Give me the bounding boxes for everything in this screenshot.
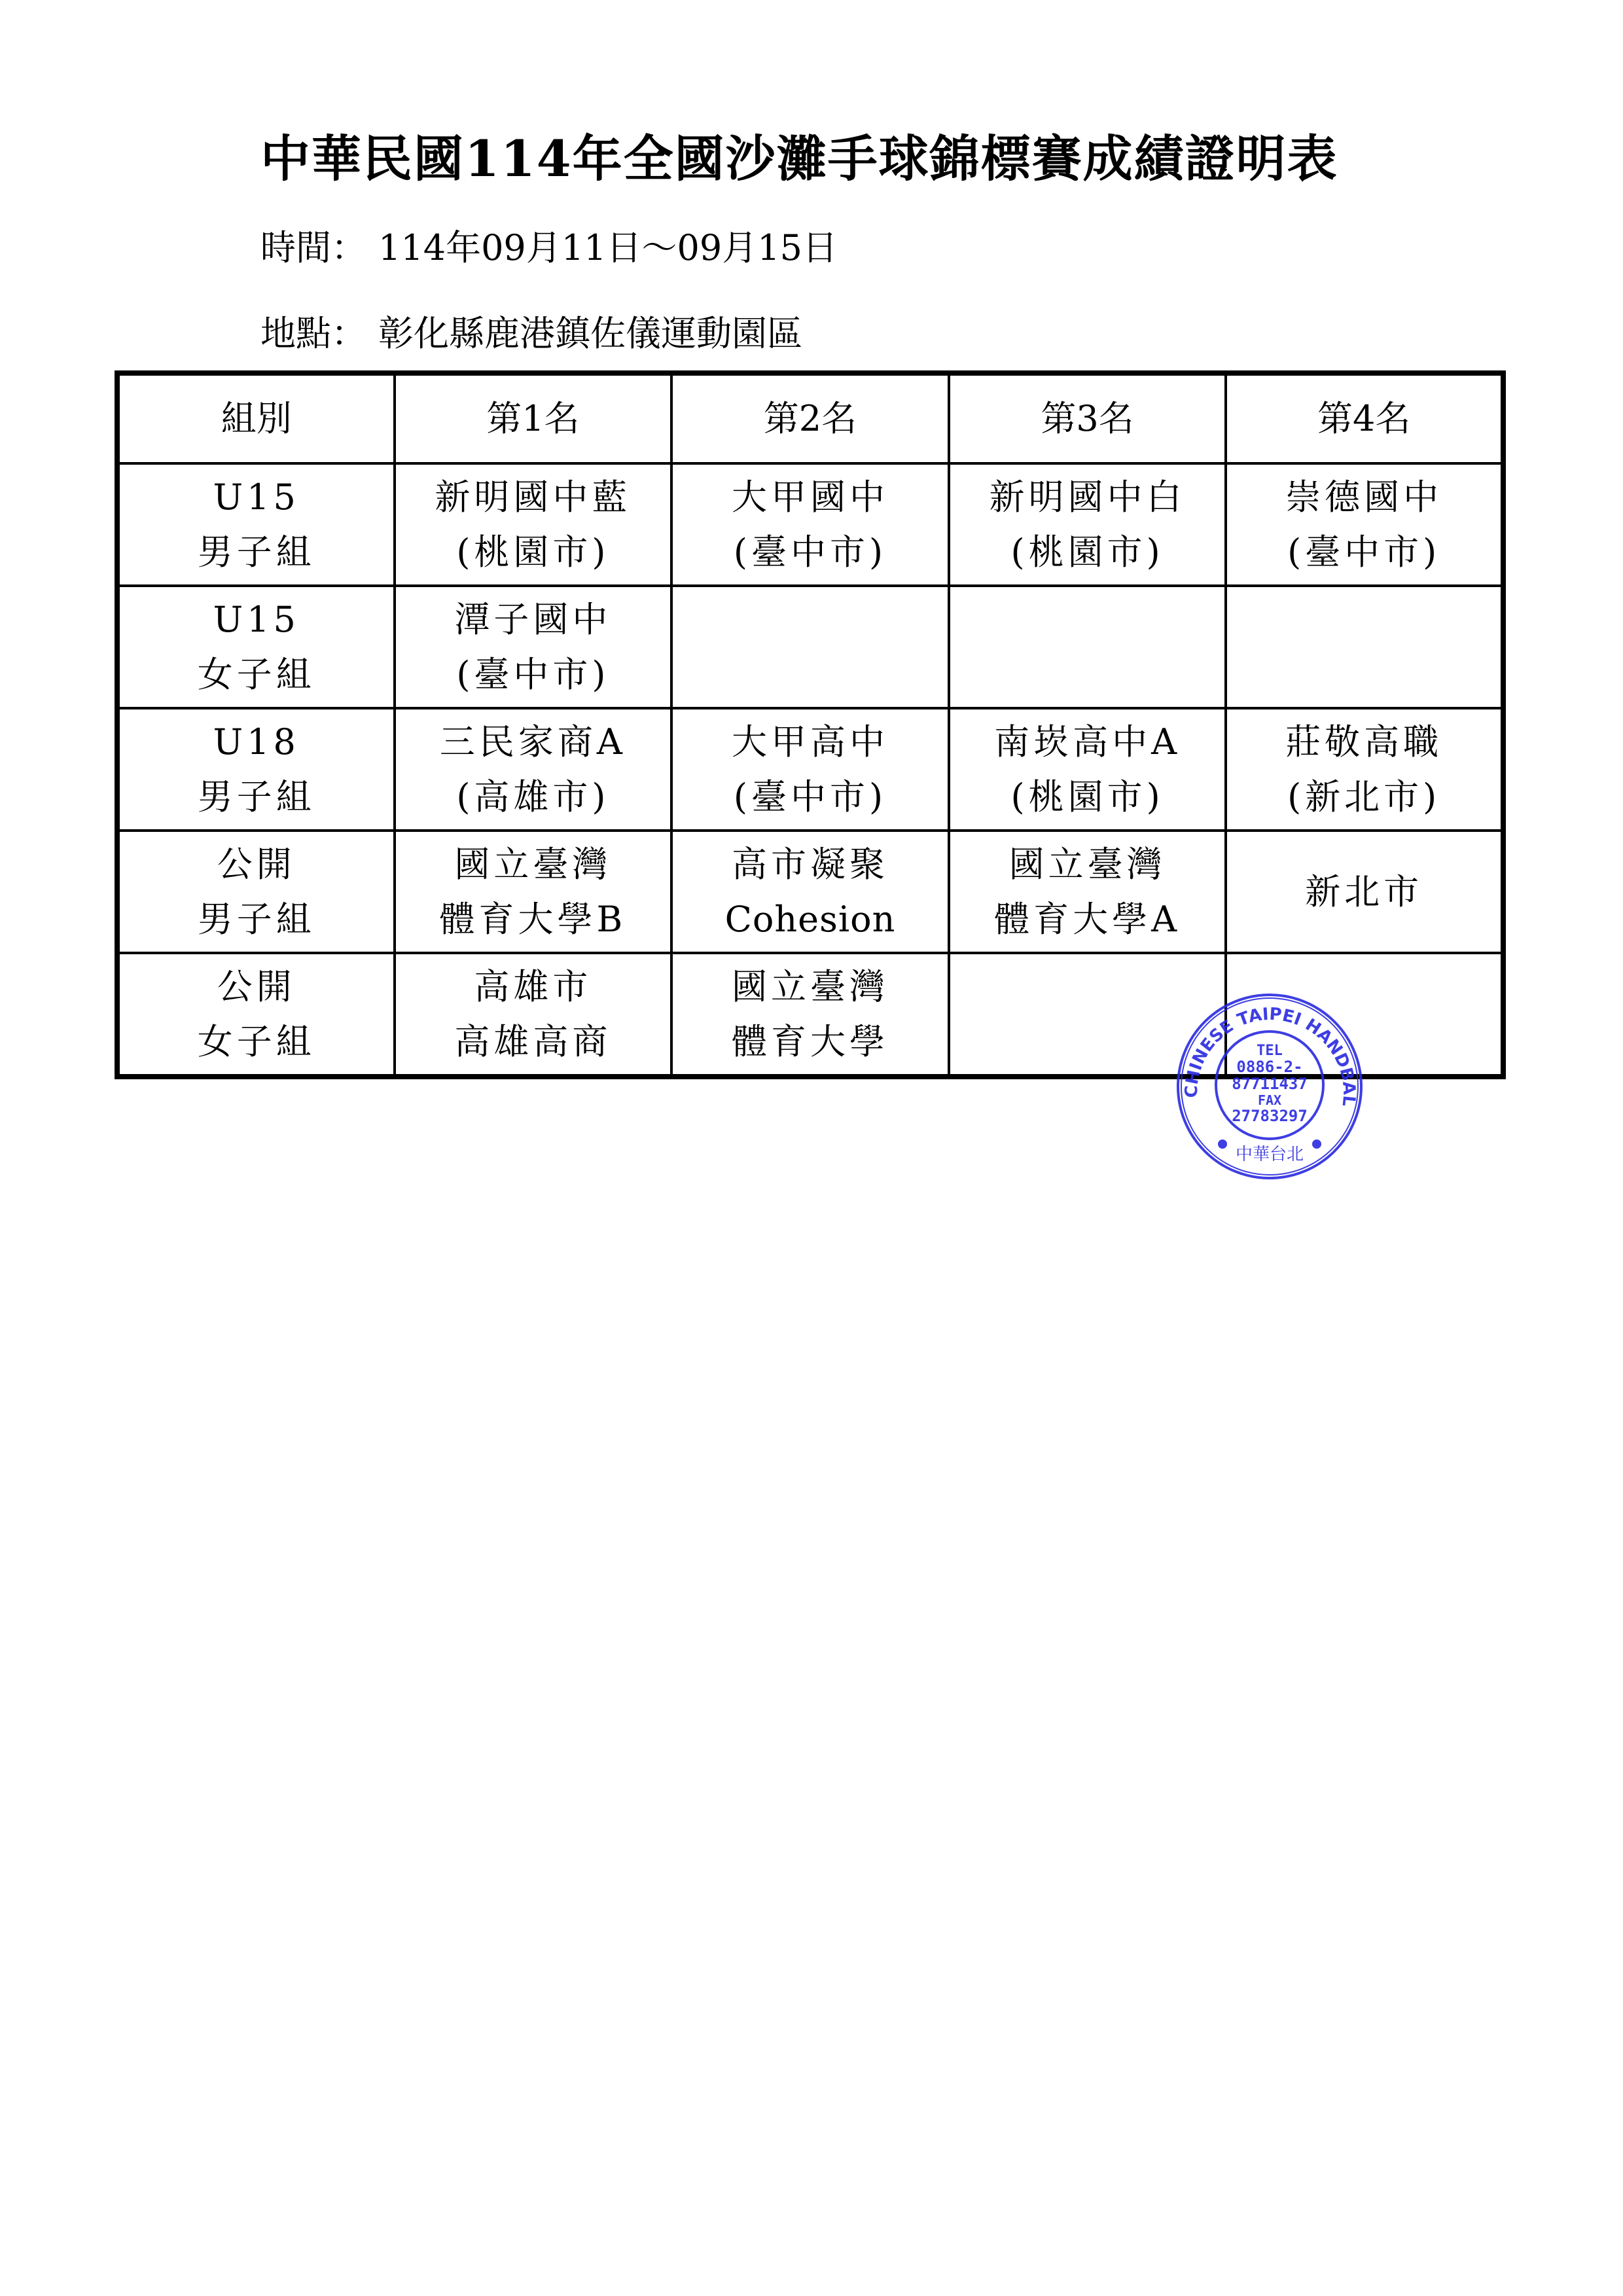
- team-name: 南崁高中A: [950, 715, 1225, 770]
- rank-2-cell: 高市凝聚 Cohesion: [671, 831, 949, 953]
- time-value: 114年09月11日～09月15日: [378, 227, 838, 268]
- group-age: 公開: [120, 960, 393, 1014]
- table-row: U15 女子組 潭子國中 (臺中市): [117, 586, 1503, 708]
- table-row: 公開 女子組 高雄市 高雄高商 國立臺灣 體育大學: [117, 953, 1503, 1077]
- rank-2-cell: 大甲高中 (臺中市): [671, 708, 949, 831]
- team-city: (臺中市): [673, 525, 948, 580]
- group-gender: 男子組: [120, 525, 393, 580]
- group-gender: 女子組: [120, 1014, 393, 1069]
- rank-4-cell: [1226, 953, 1503, 1077]
- team-name: 國立臺灣: [673, 960, 948, 1014]
- rank-3-cell: 新明國中白 (桃園市): [949, 463, 1226, 586]
- group-gender: 女子組: [120, 647, 393, 702]
- rank-1-cell: 潭子國中 (臺中市): [395, 586, 672, 708]
- rank-2-cell: 國立臺灣 體育大學: [671, 953, 949, 1077]
- rank-1-cell: 新明國中藍 (桃園市): [395, 463, 672, 586]
- table-row: U15 男子組 新明國中藍 (桃園市) 大甲國中 (臺中市) 新明國中白 (桃園…: [117, 463, 1503, 586]
- results-table: 組別 第1名 第2名 第3名 第4名 U15 男子組 新明國中藍 (桃園市) 大…: [115, 370, 1506, 1079]
- rank-2-cell: 大甲國中 (臺中市): [671, 463, 949, 586]
- team-city: (臺中市): [396, 647, 671, 702]
- team-name: 潭子國中: [396, 592, 671, 647]
- team-city: (新北市): [1227, 770, 1501, 825]
- team-name: 三民家商A: [396, 715, 671, 770]
- group-age: U15: [120, 592, 393, 647]
- team-name: 高市凝聚: [673, 837, 948, 892]
- header-rank-4: 第4名: [1226, 373, 1503, 463]
- event-place: 地點：彰化縣鹿港鎮佐儀運動園區: [260, 316, 802, 351]
- team-city: (桃園市): [396, 525, 671, 580]
- stamp-fax-label: FAX: [1258, 1092, 1281, 1108]
- group-cell: U18 男子組: [117, 708, 395, 831]
- rank-1-cell: 高雄市 高雄高商: [395, 953, 672, 1077]
- team-name: 大甲國中: [673, 470, 948, 525]
- group-age: U15: [120, 470, 393, 525]
- rank-3-cell: [949, 953, 1226, 1077]
- group-cell: U15 女子組: [117, 586, 395, 708]
- team-name: 莊敬高職: [1227, 715, 1501, 770]
- rank-4-cell: 崇德國中 (臺中市): [1226, 463, 1503, 586]
- team-name: 新明國中白: [950, 470, 1225, 525]
- team-name-line-2: 體育大學B: [396, 892, 671, 947]
- team-name: 大甲高中: [673, 715, 948, 770]
- team-name: 高雄市: [396, 960, 671, 1014]
- header-rank-2: 第2名: [671, 373, 949, 463]
- team-city: (臺中市): [673, 770, 948, 825]
- event-time: 時間：114年09月11日～09月15日: [260, 230, 838, 266]
- stamp-bottom-text: 中華台北: [1236, 1145, 1304, 1164]
- rank-4-cell: [1226, 586, 1503, 708]
- group-cell: 公開 男子組: [117, 831, 395, 953]
- place-value: 彰化縣鹿港鎮佐儀運動園區: [378, 313, 802, 354]
- team-name: 崇德國中: [1227, 470, 1501, 525]
- group-age: 公開: [120, 837, 393, 892]
- group-cell: U15 男子組: [117, 463, 395, 586]
- group-gender: 男子組: [120, 770, 393, 825]
- team-name: 新北市: [1227, 865, 1501, 920]
- team-name-line-2: 體育大學A: [950, 892, 1225, 947]
- rank-4-cell: 新北市: [1226, 831, 1503, 953]
- rank-1-cell: 三民家商A (高雄市): [395, 708, 672, 831]
- rank-2-cell: [671, 586, 949, 708]
- table-header-row: 組別 第1名 第2名 第3名 第4名: [117, 373, 1503, 463]
- team-name-line-2: 高雄高商: [396, 1014, 671, 1069]
- time-label: 時間：: [260, 227, 366, 268]
- team-name: 國立臺灣: [396, 837, 671, 892]
- rank-3-cell: [949, 586, 1226, 708]
- document-title: 中華民國114年全國沙灘手球錦標賽成績證明表: [260, 134, 1338, 184]
- team-name: 國立臺灣: [950, 837, 1225, 892]
- group-age: U18: [120, 715, 393, 770]
- rank-4-cell: 莊敬高職 (新北市): [1226, 708, 1503, 831]
- table-row: U18 男子組 三民家商A (高雄市) 大甲高中 (臺中市) 南崁高中A (桃園…: [117, 708, 1503, 831]
- rank-1-cell: 國立臺灣 體育大學B: [395, 831, 672, 953]
- table-row: 公開 男子組 國立臺灣 體育大學B 高市凝聚 Cohesion 國立臺灣 體育大…: [117, 831, 1503, 953]
- team-city: (桃園市): [950, 770, 1225, 825]
- team-city: (桃園市): [950, 525, 1225, 580]
- team-name-line-2: 體育大學: [673, 1014, 948, 1069]
- rank-3-cell: 國立臺灣 體育大學A: [949, 831, 1226, 953]
- rank-3-cell: 南崁高中A (桃園市): [949, 708, 1226, 831]
- header-group: 組別: [117, 373, 395, 463]
- stamp-fax-value: 27783297: [1232, 1107, 1308, 1125]
- team-name-line-2: Cohesion: [673, 892, 948, 947]
- header-rank-3: 第3名: [949, 373, 1226, 463]
- team-city: (高雄市): [396, 770, 671, 825]
- group-gender: 男子組: [120, 892, 393, 947]
- place-label: 地點：: [260, 313, 366, 354]
- team-city: (臺中市): [1227, 525, 1501, 580]
- header-rank-1: 第1名: [395, 373, 672, 463]
- team-name: 新明國中藍: [396, 470, 671, 525]
- group-cell: 公開 女子組: [117, 953, 395, 1077]
